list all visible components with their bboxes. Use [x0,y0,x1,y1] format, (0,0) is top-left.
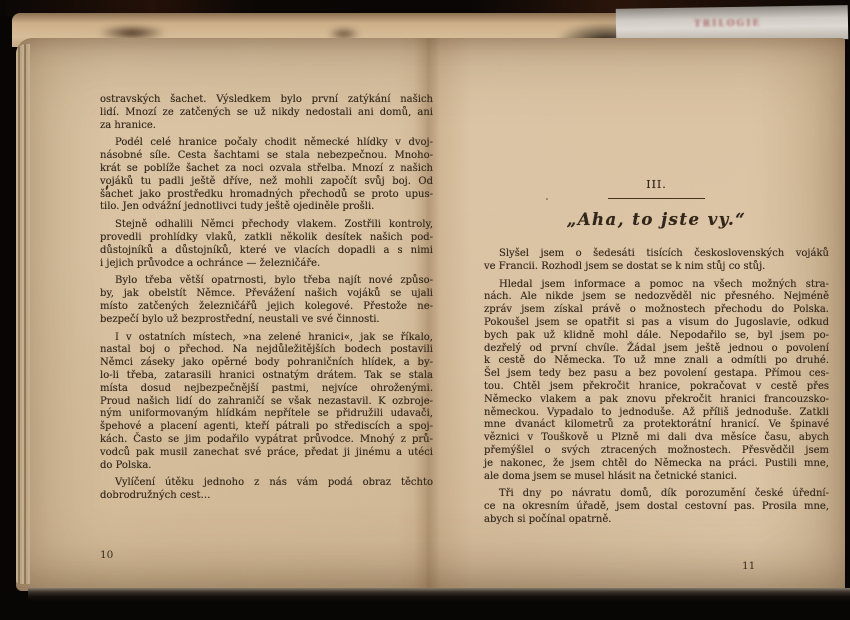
text-line: věznici v Touškově u Plzně mi dali dva m… [484,432,829,445]
paragraph: Tři dny po návratu domů, dík porozumění … [484,488,829,526]
text-line: nastal boj o přechod. Na nejdůležitějšíc… [100,344,433,357]
text-line: za hranice. [100,120,433,133]
paragraph: I v ostatních místech, »na zelené hranic… [100,332,433,473]
text-line: Hledal jsem informace a pomoc na všech m… [484,279,829,292]
paragraph: Vylíčení útěku jednoho z nás vám podá ob… [100,477,433,503]
text-line: bych pak už klidně mohl dále. Nepodařilo… [484,330,829,343]
left-page-text: ostravských šachet. Výsledkem bylo první… [100,94,433,503]
text-line: provedli prohlídky vlaků, zatkli několik… [100,232,433,245]
faint-red-title-text: TRILOGIE [694,19,761,30]
text-line: vojáků tu padli ještě dříve, než mohli z… [100,176,433,189]
text-line: abych si počínal opatrně. [484,514,829,527]
paragraph: Podél celé hranice počaly chodit německé… [100,137,433,214]
right-page-text: Slyšel jsem o šedesáti tisících českoslo… [484,248,829,527]
chapter-number: III. [484,178,829,191]
text-line: ale doma jsem se musel hlásit na četnick… [484,471,829,484]
text-line: německou. Vypadalo to jednoduše. Až příl… [484,407,829,420]
text-line: důstojníků a důstojníků, které ve vlacíc… [100,245,433,258]
text-line: Proud našich lidí do zahraničí se však n… [100,396,433,409]
text-line: je nakonec, že jsem chtěl do Německa na … [484,458,829,471]
text-line: ve Francii. Rozhodl jsem se dostat se k … [484,261,829,274]
text-line: tou. Chtěl jsem překročit hranice, pokra… [484,381,829,394]
text-line: ným uniformovaným hlídkám nepřítele se p… [100,408,433,421]
text-line: Bylo třeba větší opatrnosti, bylo třeba … [100,275,433,288]
text-line: Slyšel jsem o šedesáti tisících českoslo… [484,248,829,261]
paragraph: Hledal jsem informace a pomoc na všech m… [484,279,829,484]
text-line: dobrodružných cest… [100,490,433,503]
text-line: zpráv jsem získal právě o možnostech pře… [484,304,829,317]
text-line: Tři dny po návratu domů, dík porozumění … [484,488,829,501]
text-line: Šel jsem tedy bez pasu a bez povolení ge… [484,368,829,381]
text-line: přemýšlel o svých ztracených možnostech.… [484,445,829,458]
text-line: do Polska. [100,460,433,473]
text-line: Stejně odhalili Němci přechody vlakem. Z… [100,219,433,232]
open-book-spread: ostravských šachet. Výsledkem bylo první… [16,38,845,591]
text-line: místa dosud nejbezpečnější pastmi, nejví… [100,383,433,396]
text-line: bezpečí bylo už bezprostřední, neustali … [100,314,433,327]
text-line: šachet jako prostředku hromadných přecho… [100,189,433,202]
text-line: mne dvanáct kilometrů za protektorátní h… [484,419,829,432]
text-line: Německo vlakem a pak znovu překročit hra… [484,394,829,407]
text-line: Pokoušel jsem se opatřit si pas a visum … [484,317,829,330]
text-line: tilo. Jen odvážní jednotlivci tudy ještě… [100,201,433,214]
scan-speck [546,198,548,200]
text-line: Vylíčení útěku jednoho z nás vám podá ob… [100,477,433,490]
text-line: krát se poblíže šachet za noci ozvala st… [100,163,433,176]
text-line: lo-li třeba, zatarasili hranici ostnatým… [100,370,433,383]
text-line: Němci záseky jako opěrné body pohraniční… [100,357,433,370]
text-line: I v ostatních místech, »na zelené hranic… [100,332,433,345]
text-line: lidí. Mnozí ze zatčených se už nikdy ned… [100,107,433,120]
right-page-number: 11 [742,560,755,572]
text-line: vodců pak musil zanechat své práce, před… [100,447,433,460]
text-line: ostravských šachet. Výsledkem bylo první… [100,94,433,107]
paragraph: ostravských šachet. Výsledkem bylo první… [100,94,433,132]
left-page-edges [16,44,30,584]
text-line: kách. Často se jim podařilo vypátrat prů… [100,434,433,447]
paragraph: Stejně odhalili Němci přechody vlakem. Z… [100,219,433,270]
paragraph: Slyšel jsem o šedesáti tisících českoslo… [484,248,829,274]
chapter-title: „Aha, to jste vy.“ [484,210,829,229]
text-line: k cestě do Německa. To už mne znali a od… [484,355,829,368]
text-line: i jejich průvodce a ochránce — železničá… [100,258,433,271]
text-line: místo zatčených železničářů jejich koleg… [100,301,433,314]
scanned-book-photo: TRILOGIE ostravských šachet. Výsledkem b… [0,0,850,620]
chapter-divider-rule [608,198,705,199]
left-page-number: 10 [100,549,113,561]
text-line: by, jak obelstít Němce. Převážení našich… [100,288,433,301]
chapter-heading: III. „Aha, to jste vy.“ [484,178,829,229]
text-line: špehové a placení agenti, kteří pátrali … [100,421,433,434]
text-line: ce na okresním úřadě, jsem dostal cestov… [484,501,829,514]
text-line: Podél celé hranice počaly chodit německé… [100,137,433,150]
text-line: nách. Ale nikde jsem se nedozvěděl nic p… [484,291,829,304]
text-line: násobné síle. Cesta šachtami se stala ne… [100,150,433,163]
paragraph: Bylo třeba větší opatrnosti, bylo třeba … [100,275,433,326]
text-line: dezřelý od první chvíle. Žádal jsem ješt… [484,343,829,356]
book-bottom-edge [28,588,850,602]
